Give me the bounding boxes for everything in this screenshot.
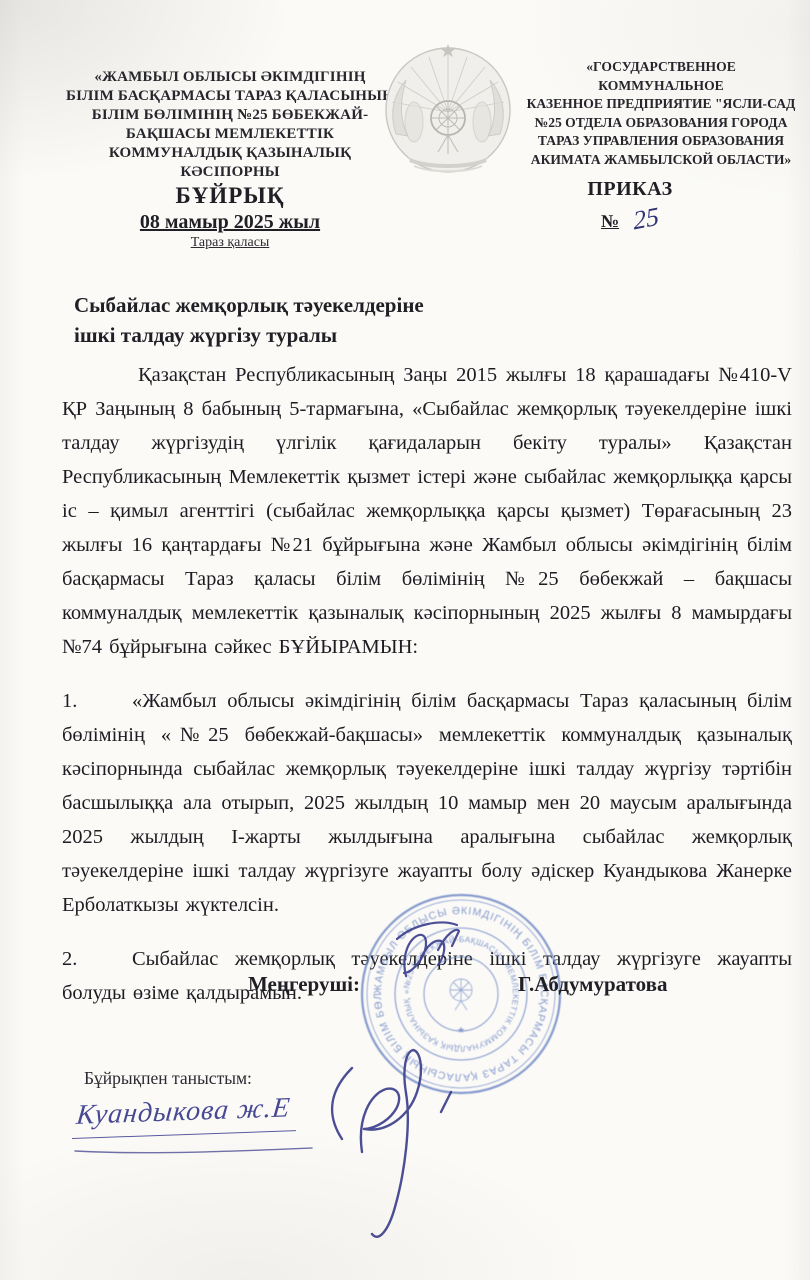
org-right-line: ТАРАЗ УПРАВЛЕНИЯ ОБРАЗОВАНИЯ xyxy=(522,132,800,151)
org-left-line: «ЖАМБЫЛ ОБЛЫСЫ ӘКІМДІГІНІҢ xyxy=(62,68,398,87)
signature-role-label: Меңгеруші: xyxy=(248,972,360,997)
item-number: 1. xyxy=(62,684,132,718)
order-number-handwritten: 25 xyxy=(632,201,660,236)
org-right-line: АКИМАТА ЖАМБЫЛСКОЙ ОБЛАСТИ» xyxy=(522,151,800,170)
org-right-line: КАЗЕННОЕ ПРЕДПРИЯТИЕ "ЯСЛИ-САД xyxy=(522,95,800,114)
order-number-row: №25 xyxy=(555,204,705,234)
org-name-kazakh: «ЖАМБЫЛ ОБЛЫСЫ ӘКІМДІГІНІҢ БІЛІМ БАСҚАРМ… xyxy=(62,68,398,182)
subject-line: Сыбайлас жемқорлық тәуекелдеріне xyxy=(74,290,574,320)
order-number-label: № xyxy=(601,211,633,231)
order-subject: Сыбайлас жемқорлық тәуекелдеріне ішкі та… xyxy=(74,290,574,350)
acknowledgement-label: Бұйрықпен таныстым: xyxy=(84,1068,252,1089)
org-left-line: БІЛІМ БАСҚАРМАСЫ ТАРАЗ ҚАЛАСЫНЫҢ xyxy=(62,87,398,106)
stamp-star: ★ xyxy=(457,1025,465,1035)
org-left-line: БАҚШАСЫ МЕМЛЕКЕТТІК xyxy=(62,125,398,144)
org-left-line: КӘСІПОРНЫ xyxy=(62,163,398,182)
order-title-kk: БҰЙРЫҚ xyxy=(62,183,398,209)
org-right-line: №25 ОТДЕЛА ОБРАЗОВАНИЯ ГОРОДА xyxy=(522,114,800,133)
org-left-line: КОММУНАЛДЫҚ ҚАЗЫНАЛЫҚ xyxy=(62,144,398,163)
order-city: Тараз қаласы xyxy=(62,235,398,251)
preamble-paragraph: Қазақстан Республикасының Заңы 2015 жылғ… xyxy=(62,358,792,664)
state-emblem-icon xyxy=(380,36,516,178)
org-name-russian: «ГОСУДАРСТВЕННОЕ КОММУНАЛЬНОЕ КАЗЕННОЕ П… xyxy=(522,58,800,170)
order-date: 08 мамыр 2025 жыл xyxy=(62,211,398,234)
handwritten-underline xyxy=(75,1148,312,1153)
org-left-line: БІЛІМ БӨЛІМІНІҢ №25 БӨБЕКЖАЙ- xyxy=(62,106,398,125)
item-number: 2. xyxy=(62,942,132,976)
subject-line: ішкі талдау жүргізу туралы xyxy=(74,320,574,350)
order-heading-kazakh: БҰЙРЫҚ 08 мамыр 2025 жыл Тараз қаласы xyxy=(62,183,398,251)
signature-name: Г.Абдумуратова xyxy=(518,972,667,997)
acknowledgement-handwritten-name: Куандыкова ж.Е xyxy=(72,1092,300,1139)
order-title-ru: ПРИКАЗ xyxy=(555,178,705,201)
order-heading-russian: ПРИКАЗ №25 xyxy=(555,178,705,234)
org-right-line: «ГОСУДАРСТВЕННОЕ КОММУНАЛЬНОЕ xyxy=(522,58,800,95)
scanned-order-document: «ЖАМБЫЛ ОБЛЫСЫ ӘКІМДІГІНІҢ БІЛІМ БАСҚАРМ… xyxy=(0,0,810,1280)
